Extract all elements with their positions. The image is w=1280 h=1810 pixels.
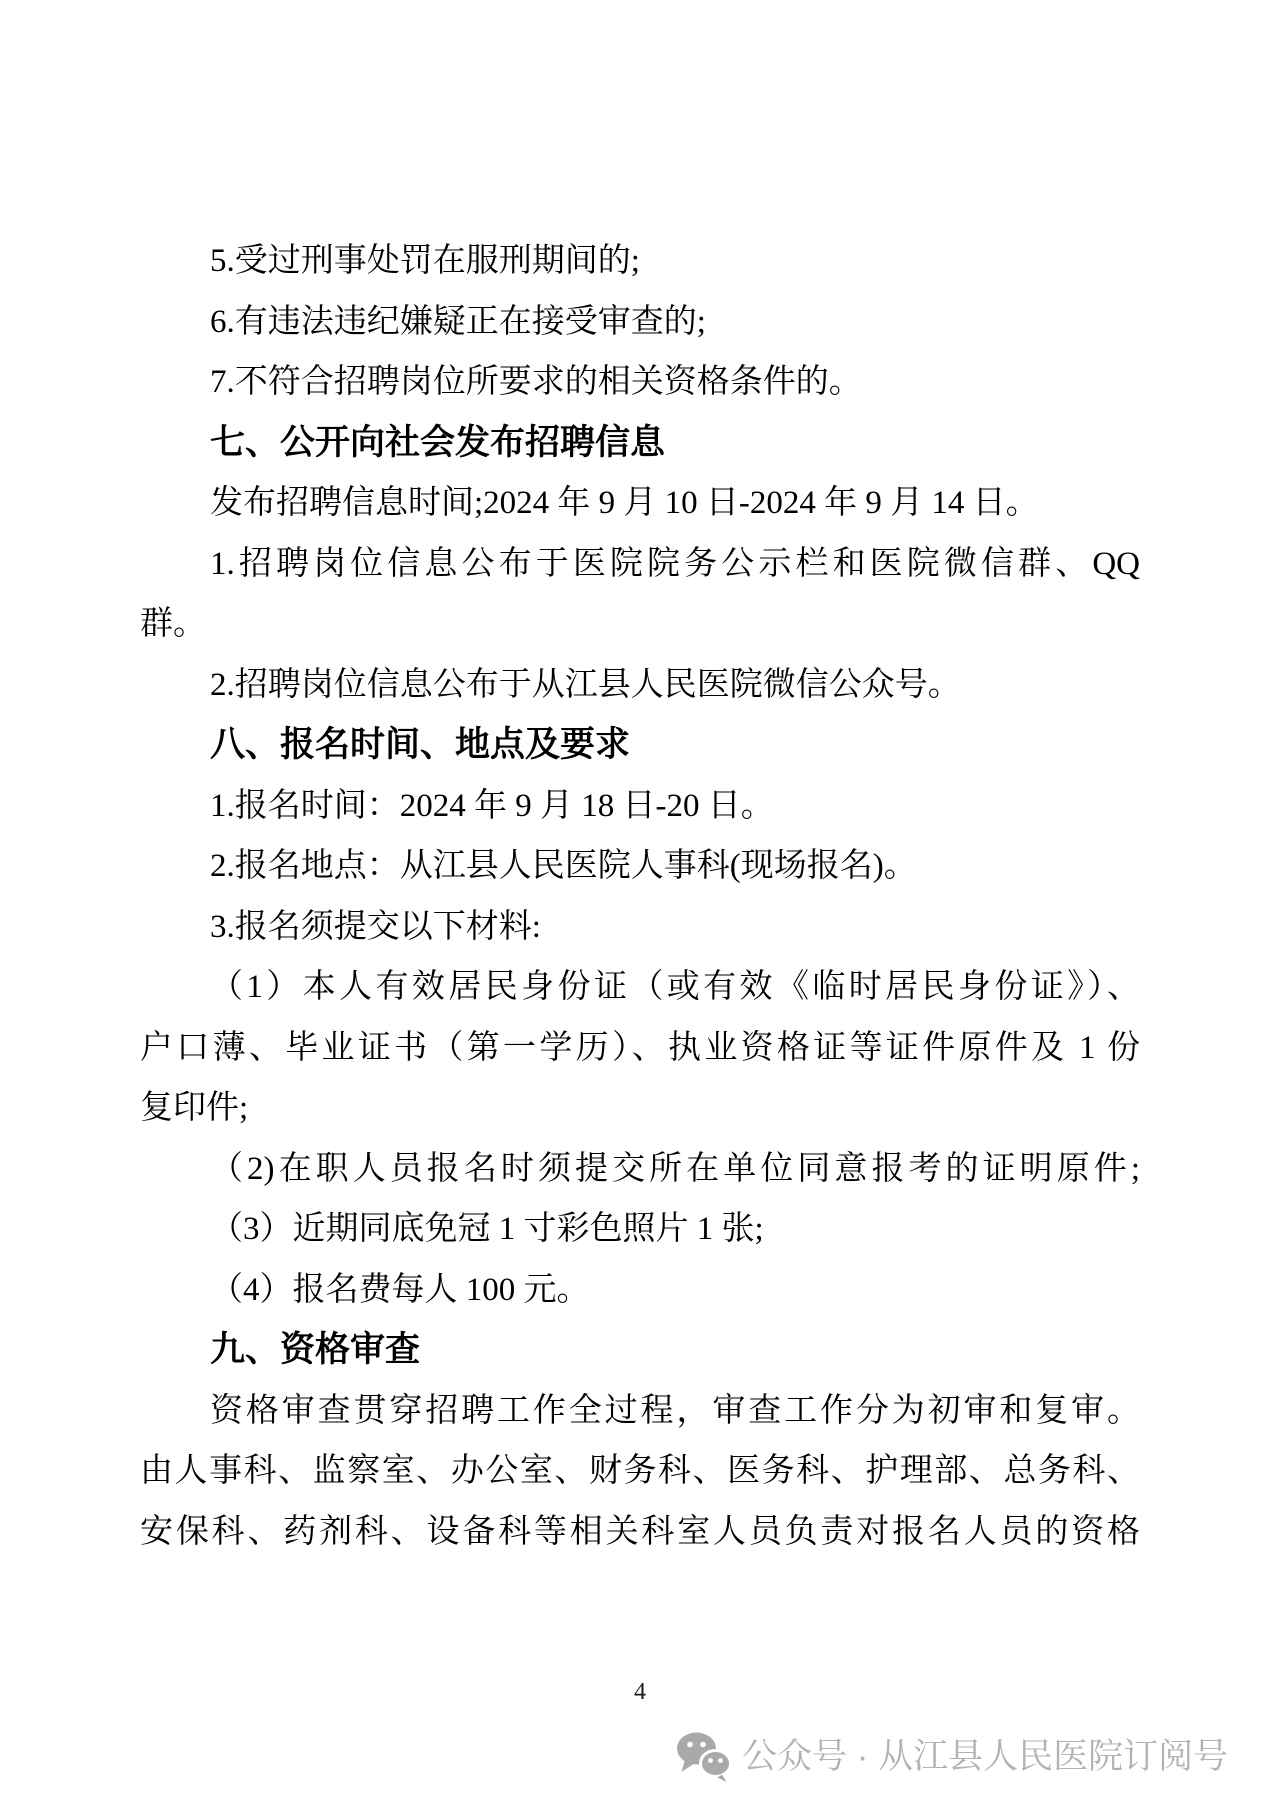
- doc-line: 5.受过刑事处罚在服刑期间的;: [140, 231, 1140, 292]
- doc-line: 1.招聘岗位信息公布于医院院务公示栏和医院微信群、QQ: [140, 534, 1140, 595]
- document-body: 5.受过刑事处罚在服刑期间的; 6.有违法违纪嫌疑正在接受审查的; 7.不符合招…: [140, 231, 1140, 1562]
- section-heading-7: 七、公开向社会发布招聘信息: [140, 413, 1140, 474]
- doc-line: （1）本人有效居民身份证（或有效《临时居民身份证》）、: [140, 957, 1140, 1018]
- doc-line: （4）报名费每人 100 元。: [140, 1260, 1140, 1321]
- doc-line: （2)在职人员报名时须提交所在单位同意报考的证明原件;: [140, 1139, 1140, 1200]
- section-heading-9: 九、资格审查: [140, 1320, 1140, 1381]
- doc-line: 复印件;: [140, 1078, 1140, 1139]
- doc-line: 6.有违法违纪嫌疑正在接受审查的;: [140, 292, 1140, 353]
- doc-line: （3）近期同底免冠 1 寸彩色照片 1 张;: [140, 1199, 1140, 1260]
- doc-line: 2.招聘岗位信息公布于从江县人民医院微信公众号。: [140, 655, 1140, 716]
- doc-line: 2.报名地点：从江县人民医院人事科(现场报名)。: [140, 836, 1140, 897]
- doc-line: 发布招聘信息时间;2024 年 9 月 10 日-2024 年 9 月 14 日…: [140, 473, 1140, 534]
- doc-line: 群。: [140, 594, 1140, 655]
- doc-line: 资格审查贯穿招聘工作全过程，审查工作分为初审和复审。: [140, 1381, 1140, 1442]
- doc-line: 7.不符合招聘岗位所要求的相关资格条件的。: [140, 352, 1140, 413]
- doc-line: 1.报名时间：2024 年 9 月 18 日-20 日。: [140, 776, 1140, 837]
- section-heading-8: 八、报名时间、地点及要求: [140, 715, 1140, 776]
- doc-line: 户口薄、毕业证书（第一学历）、执业资格证等证件原件及 1 份: [140, 1018, 1140, 1079]
- wechat-watermark: 公众号 · 从江县人民医院订阅号: [676, 1732, 1228, 1782]
- doc-line: 由人事科、监察室、办公室、财务科、医务科、护理部、总务科、: [140, 1441, 1140, 1502]
- wechat-account-label: 公众号 · 从江县人民医院订阅号: [742, 1733, 1228, 1781]
- doc-line: 安保科、药剂科、设备科等相关科室人员负责对报名人员的资格: [140, 1502, 1140, 1563]
- wechat-logo-icon: [676, 1732, 732, 1782]
- doc-line: 3.报名须提交以下材料:: [140, 897, 1140, 958]
- page-number: 4: [0, 1676, 1280, 1708]
